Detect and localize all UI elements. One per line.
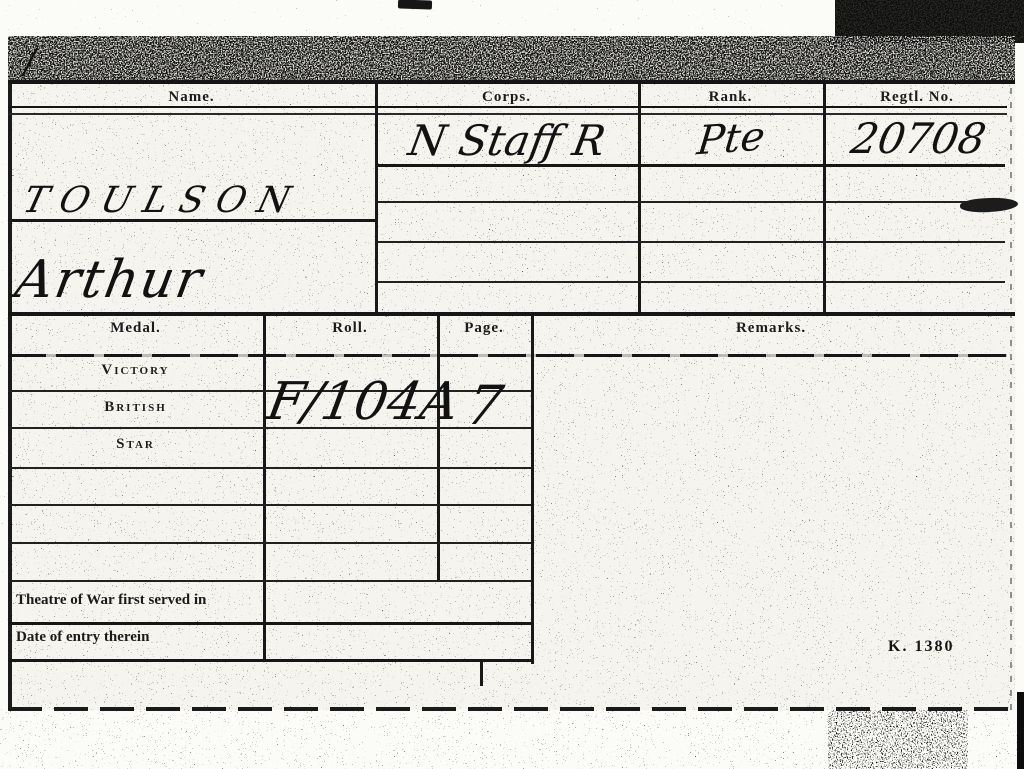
corps-handwriting: N Staff R <box>374 116 641 165</box>
regimental-number-handwriting: 20708 <box>822 114 1016 163</box>
surname-handwriting: TOULSON <box>19 180 307 221</box>
name-column-header: Name. <box>8 89 375 106</box>
column-divider <box>531 316 534 664</box>
remarks-column-header: Remarks. <box>531 320 1011 337</box>
scan-artifact-top-smudge <box>398 0 432 10</box>
scan-artifact-right-strip <box>1017 692 1024 769</box>
column-divider <box>375 84 378 312</box>
scanned-medal-index-card: / Name. Corps. Rank. Regtl. No. TOULSON … <box>0 0 1024 769</box>
forename-handwriting: Arthur <box>11 250 209 310</box>
medal-column-header: Medal. <box>8 320 263 337</box>
rule-line <box>8 542 531 544</box>
rank-handwriting: Pte <box>638 110 825 168</box>
column-divider <box>263 316 266 660</box>
regtl-no-column-header: Regtl. No. <box>823 89 1011 106</box>
column-divider <box>437 316 440 580</box>
medal-roll-section: Medal. Roll. Page. Remarks. Victory Brit… <box>8 316 1015 710</box>
card-top-band: / <box>8 36 1015 84</box>
rule-line <box>378 201 1005 203</box>
roll-handwriting: F/104A <box>263 372 464 432</box>
page-column-header: Page. <box>437 320 531 337</box>
rule-line <box>8 622 531 625</box>
header-underline <box>8 354 1007 357</box>
rule-line <box>378 241 1005 243</box>
rule-line <box>378 281 1005 283</box>
card-bottom-edge <box>8 707 1015 711</box>
handwritten-tick-mark: / <box>24 42 35 82</box>
rank-column-header: Rank. <box>638 89 823 106</box>
date-of-entry-label: Date of entry therein <box>16 629 149 646</box>
medal-row-star: Star <box>8 436 263 453</box>
medal-index-card: / Name. Corps. Rank. Regtl. No. TOULSON … <box>8 36 1015 710</box>
column-divider <box>823 84 826 312</box>
rule-line <box>8 504 531 506</box>
theatre-of-war-label: Theatre of War first served in <box>16 592 206 609</box>
rule-line <box>8 580 531 582</box>
form-number: K. 1380 <box>888 638 954 656</box>
rule-line <box>8 659 531 662</box>
scan-artifact-line-stub <box>480 662 483 686</box>
corps-column-header: Corps. <box>375 89 638 106</box>
identity-section: Name. Corps. Rank. Regtl. No. TOULSON Ar… <box>8 84 1015 316</box>
page-handwriting: 7 <box>434 374 535 437</box>
roll-column-header: Roll. <box>263 320 437 337</box>
rule-line <box>8 467 531 469</box>
medal-row-victory: Victory <box>8 362 263 379</box>
medal-row-british: British <box>8 399 263 416</box>
